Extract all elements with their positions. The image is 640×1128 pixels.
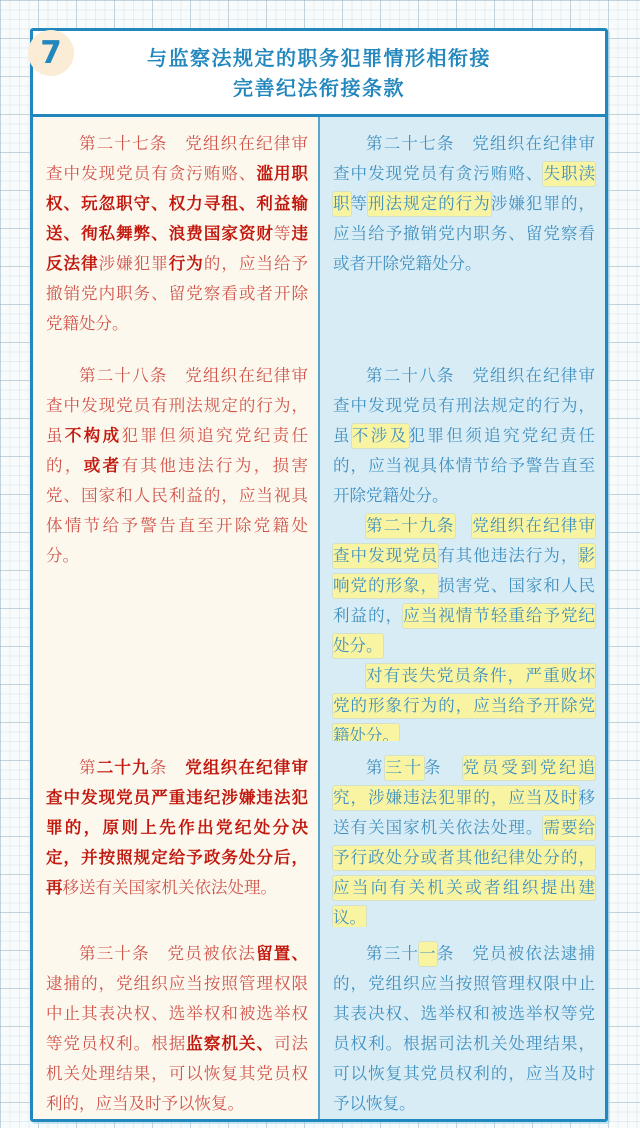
- old-text-cell-article-27: 第二十七条 党组织在纪律审查中发现党员有贪污贿赂、滥用职权、玩忽职守、权力寻租、…: [33, 117, 320, 349]
- graph-paper-background: { "colors": { "accent_blue": "#2287bd", …: [0, 0, 640, 1128]
- paragraph: 第二十八条 党组织在纪律审查中发现党员有刑法规定的行为，虽不涉及犯罪但须追究党纪…: [333, 361, 595, 511]
- number-badge: 7: [28, 30, 74, 76]
- old-text-cell-article-28: 第二十八条 党组织在纪律审查中发现党员有刑法规定的行为，虽不构成犯罪但须追究党纪…: [33, 349, 320, 741]
- text-segment: 行为: [169, 254, 204, 273]
- new-text-cell-article-27: 第二十七条 党组织在纪律审查中发现党员有贪污贿赂、失职渎职等刑法规定的行为涉嫌犯…: [320, 117, 605, 349]
- old-text-cell-article-30: 第三十条 党员被依法留置、逮捕的，党组织应当按照管理权限中止其表决权、选举权和被…: [33, 927, 320, 1119]
- text-segment: 条: [424, 758, 463, 777]
- text-segment: 涉嫌犯罪: [99, 254, 169, 273]
- new-text-cell-article-31: 第三十一条 党员被依法逮捕的，党组织应当按照管理权限中止其表决权、选举权和被选举…: [320, 927, 605, 1119]
- paragraph: 第二十九条 党组织在纪律审查中发现党员有其他违法行为，影响党的形象，损害党、国家…: [333, 511, 595, 661]
- title-line-2: 完善纪法衔接条款: [147, 73, 491, 103]
- text-segment: 不构成: [65, 426, 122, 445]
- text-segment: 或者: [84, 456, 122, 475]
- old-text-cell-article-29: 第二十九条 党组织在纪律审查中发现党员严重违纪涉嫌违法犯罪的，原则上先作出党纪处…: [33, 741, 320, 927]
- text-segment: 三十: [385, 756, 424, 780]
- text-segment: 等: [274, 224, 292, 243]
- text-segment: 刑法规定的行为: [368, 192, 491, 216]
- text-segment: 一: [419, 942, 437, 966]
- paragraph: 第三十一条 党员被依法逮捕的，党组织应当按照管理权限中止其表决权、选举权和被选举…: [333, 939, 595, 1119]
- paragraph: 第二十八条 党组织在纪律审查中发现党员有刑法规定的行为，虽不构成犯罪但须追究党纪…: [46, 361, 308, 571]
- text-segment: 党员被依法逮捕的，党组织应当按照管理权限中止其表决权、选举权和被选举权等党员权利…: [333, 944, 595, 1113]
- text-segment: 第三十: [366, 944, 419, 963]
- text-segment: 不涉及: [352, 424, 409, 448]
- paragraph: 第二十七条 党组织在纪律审查中发现党员有贪污贿赂、失职渎职等刑法规定的行为涉嫌犯…: [333, 129, 595, 279]
- badge-number: 7: [40, 35, 62, 71]
- paragraph: 第三十条 党员被依法留置、逮捕的，党组织应当按照管理权限中止其表决权、选举权和被…: [46, 939, 308, 1119]
- text-segment: 留置、: [256, 944, 308, 963]
- text-segment: 等: [351, 194, 369, 213]
- text-segment: 第: [366, 758, 385, 777]
- text-segment: 二十九: [97, 758, 150, 777]
- paragraph: 第三十条 党员受到党纪追究，涉嫌违法犯罪的，应当及时移送有关国家机关依法处理。需…: [333, 753, 595, 933]
- text-segment: [455, 516, 473, 535]
- new-text-cell-articles-28-29: 第二十八条 党组织在纪律审查中发现党员有刑法规定的行为，虽不涉及犯罪但须追究党纪…: [320, 349, 605, 741]
- text-segment: 第三十条 党员被依法: [79, 944, 256, 963]
- text-segment: 第: [79, 758, 97, 777]
- paragraph: 第二十七条 党组织在纪律审查中发现党员有贪污贿赂、滥用职权、玩忽职守、权力寻租、…: [46, 129, 308, 339]
- new-text-cell-article-30: 第三十条 党员受到党纪追究，涉嫌违法犯罪的，应当及时移送有关国家机关依法处理。需…: [320, 741, 605, 927]
- text-segment: 对有丧失党员条件，严重败坏党的形象行为的，应当给予开除党籍处分。: [333, 664, 595, 748]
- paragraph: 对有丧失党员条件，严重败坏党的形象行为的，应当给予开除党籍处分。: [333, 661, 595, 751]
- text-segment: 监察机关、: [186, 1034, 274, 1053]
- paragraph: 第二十九条 党组织在纪律审查中发现党员严重违纪涉嫌违法犯罪的，原则上先作出党纪处…: [46, 753, 308, 903]
- text-segment: 有其他违法行为，: [438, 546, 578, 565]
- text-segment: 第二十九条: [366, 514, 455, 538]
- title-line-1: 与监察法规定的职务犯罪情形相衔接: [147, 43, 491, 73]
- text-segment: 条: [437, 944, 472, 963]
- comparison-card: 7 与监察法规定的职务犯罪情形相衔接 完善纪法衔接条款 第二十七条 党组织在纪律…: [30, 28, 608, 1122]
- card-header: 7 与监察法规定的职务犯罪情形相衔接 完善纪法衔接条款: [33, 31, 605, 117]
- text-segment: 党组织在纪律审查中发现党员严重违纪涉嫌违法犯罪的，原则上先作出党纪处分决定，并按…: [46, 758, 308, 897]
- comparison-columns: 第二十七条 党组织在纪律审查中发现党员有贪污贿赂、滥用职权、玩忽职守、权力寻租、…: [33, 117, 605, 1119]
- page-title: 与监察法规定的职务犯罪情形相衔接 完善纪法衔接条款: [147, 43, 491, 103]
- text-segment: 移送有关国家机关依法处理。: [63, 878, 278, 897]
- text-segment: 条: [150, 758, 185, 777]
